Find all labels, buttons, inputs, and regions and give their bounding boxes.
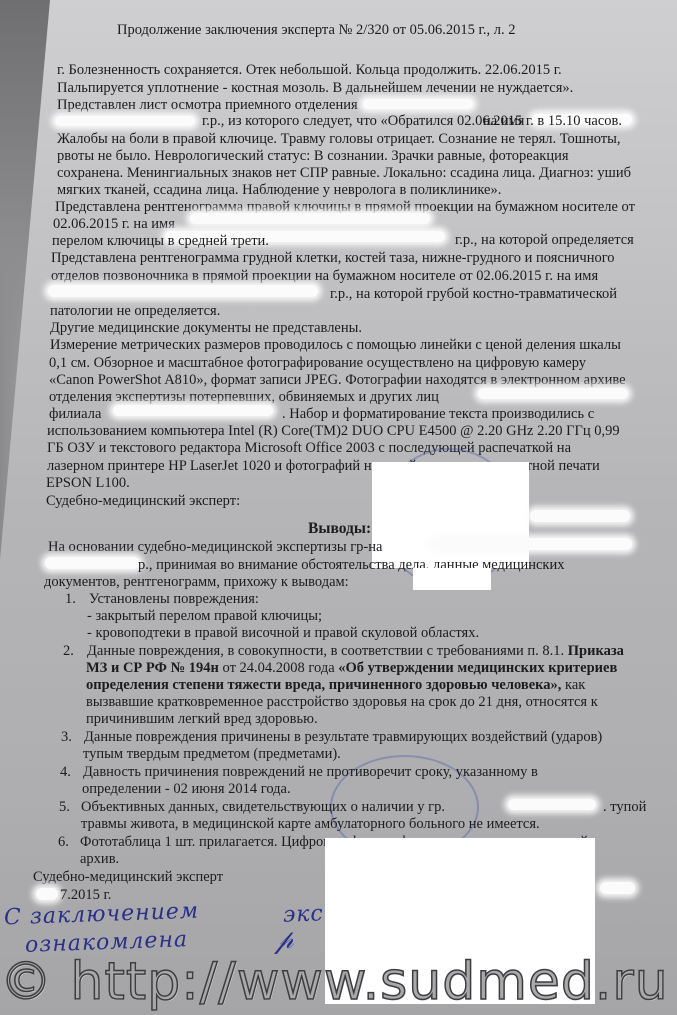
body-line: г. Болезненность сохраняется. Отек небол…	[57, 62, 635, 78]
footer-signature-label: Судебно-медицинский эксперт	[33, 869, 223, 885]
conclusion-item: определении - 02 июня 2014 года.	[82, 781, 291, 797]
redaction	[190, 213, 430, 224]
conclusion-item: Данные повреждения, в совокупности, в со…	[87, 643, 624, 659]
redaction	[45, 557, 140, 569]
body-line: 0,1 см. Обзорное и масштабное фотографир…	[49, 355, 586, 371]
body-line: перелом ключицы в средней трети.	[52, 233, 269, 249]
redaction	[508, 799, 596, 810]
body-line: Пальпируется уплотнение - костная мозоль…	[57, 80, 573, 96]
bold-text: «Об утверждении медицинских критериев	[338, 660, 617, 676]
conclusions-intro: р., принимая во внимание обстоятельства …	[138, 557, 564, 573]
body-line: г.р., на которой определяется	[455, 232, 634, 248]
handwritten-note: С заключением	[4, 899, 200, 931]
conclusions-intro: На основании судебно-медицинской эксперт…	[48, 539, 382, 555]
conclusion-item: вызвавшие кратковременное расстройство з…	[86, 694, 598, 710]
redaction	[600, 882, 635, 894]
conclusion-item: . тупой	[603, 799, 646, 815]
redaction-box	[413, 568, 491, 590]
bold-text: МЗ и СР РФ № 194н	[86, 660, 219, 676]
body-line: 02.06.2015 г. на имя	[53, 216, 175, 232]
item-number: 5.	[59, 799, 70, 815]
body-line: мягких тканей, ссадина лица. Наблюдение …	[57, 182, 501, 198]
bold-text: Приказа	[568, 643, 624, 659]
signature-label: Судебно-медицинский эксперт:	[46, 493, 240, 509]
redaction	[55, 116, 195, 126]
body-line: Представлен лист осмотра приемного отдел…	[57, 97, 358, 113]
conclusion-item: Давность причинения повреждений не проти…	[83, 764, 538, 780]
redaction	[530, 510, 630, 522]
conclusion-item: причинившим легкий вред здоровью.	[86, 711, 318, 727]
item-number: 2.	[63, 643, 74, 659]
conclusion-item: Объективных данных, свидетельствующих о …	[81, 799, 445, 815]
handwritten-note: экс	[283, 901, 325, 927]
footer-date: 7.2015 г.	[60, 887, 111, 903]
document-page: Продолжение заключения эксперта № 2/320 …	[0, 0, 677, 1015]
text: г. Болезненность сохраняется. Отек небол…	[57, 62, 562, 78]
body-line: «Canon PowerShot A810», формат записи JP…	[49, 372, 626, 388]
redaction	[432, 538, 632, 550]
text: как	[565, 677, 585, 693]
redaction	[478, 388, 628, 399]
conclusions-title: Выводы:	[308, 521, 371, 537]
body-line: сохранена. Менингиальных знаков нет СПР …	[57, 165, 631, 181]
body-line: Представлена рентгенограмма грудной клет…	[51, 250, 615, 266]
body-line: отделов позвоночника в прямой проекции н…	[51, 268, 598, 284]
body-line: отделения экспертизы потерпевших, обвиня…	[49, 389, 439, 405]
body-line: г.р., на которой грубой костно-травматич…	[330, 286, 617, 302]
redaction	[363, 99, 473, 109]
bold-text: определения степени тяжести вреда, причи…	[86, 677, 561, 693]
document-header: Продолжение заключения эксперта № 2/320 …	[117, 22, 515, 38]
body-line: Жалобы на боли в правой ключице. Травму …	[57, 131, 620, 147]
conclusion-item: Установлены повреждения:	[89, 591, 259, 607]
redaction-box	[372, 462, 529, 568]
item-number: 3.	[61, 729, 72, 745]
conclusion-item: архив.	[80, 851, 119, 867]
watermark: © http://www.sudmed.ru	[0, 952, 677, 1012]
body-line: патологии не определяется.	[50, 303, 220, 319]
conclusions-intro: документов, рентгенограмм, прихожу к выв…	[44, 574, 349, 590]
redaction	[48, 285, 318, 297]
conclusion-item: МЗ и СР РФ № 194н от 24.04.2008 года «Об…	[86, 660, 617, 676]
body-line: рвоты не было. Неврологический статус: В…	[57, 148, 569, 164]
body-line: филиала	[49, 406, 101, 422]
text: от 24.04.2008 года	[223, 660, 335, 676]
redaction	[113, 405, 273, 416]
item-number: 6.	[58, 834, 69, 850]
conclusion-item: Данные повреждения причинены в результат…	[84, 729, 602, 745]
conclusion-item: определения степени тяжести вреда, причи…	[86, 677, 585, 693]
item-number: 1.	[65, 591, 76, 607]
body-line: ГБ ОЗУ и текстового редактора Microsoft …	[47, 440, 571, 456]
conclusion-item: - закрытый перелом правой ключицы;	[87, 608, 322, 624]
body-line: Другие медицинские документы не представ…	[50, 320, 362, 336]
conclusion-item: - кровоподтеки в правой височной и право…	[87, 625, 479, 641]
text: Данные повреждения, в совокупности, в со…	[87, 643, 564, 659]
item-number: 4.	[60, 764, 71, 780]
body-line: EPSON L100.	[46, 475, 130, 491]
redaction	[36, 888, 58, 900]
body-line: Измерение метрических размеров проводило…	[50, 337, 621, 353]
conclusion-item: травмы живота, в медицинской карте амбул…	[81, 816, 540, 832]
conclusion-item: тупым твердым предметом (предметами).	[83, 746, 341, 762]
body-line: использованием компьютера Intel (R) Core…	[47, 423, 620, 439]
body-line: . Набор и форматирование текста производ…	[282, 406, 594, 422]
body-line: г.р., из которого следует, что «Обратилс…	[202, 113, 622, 129]
